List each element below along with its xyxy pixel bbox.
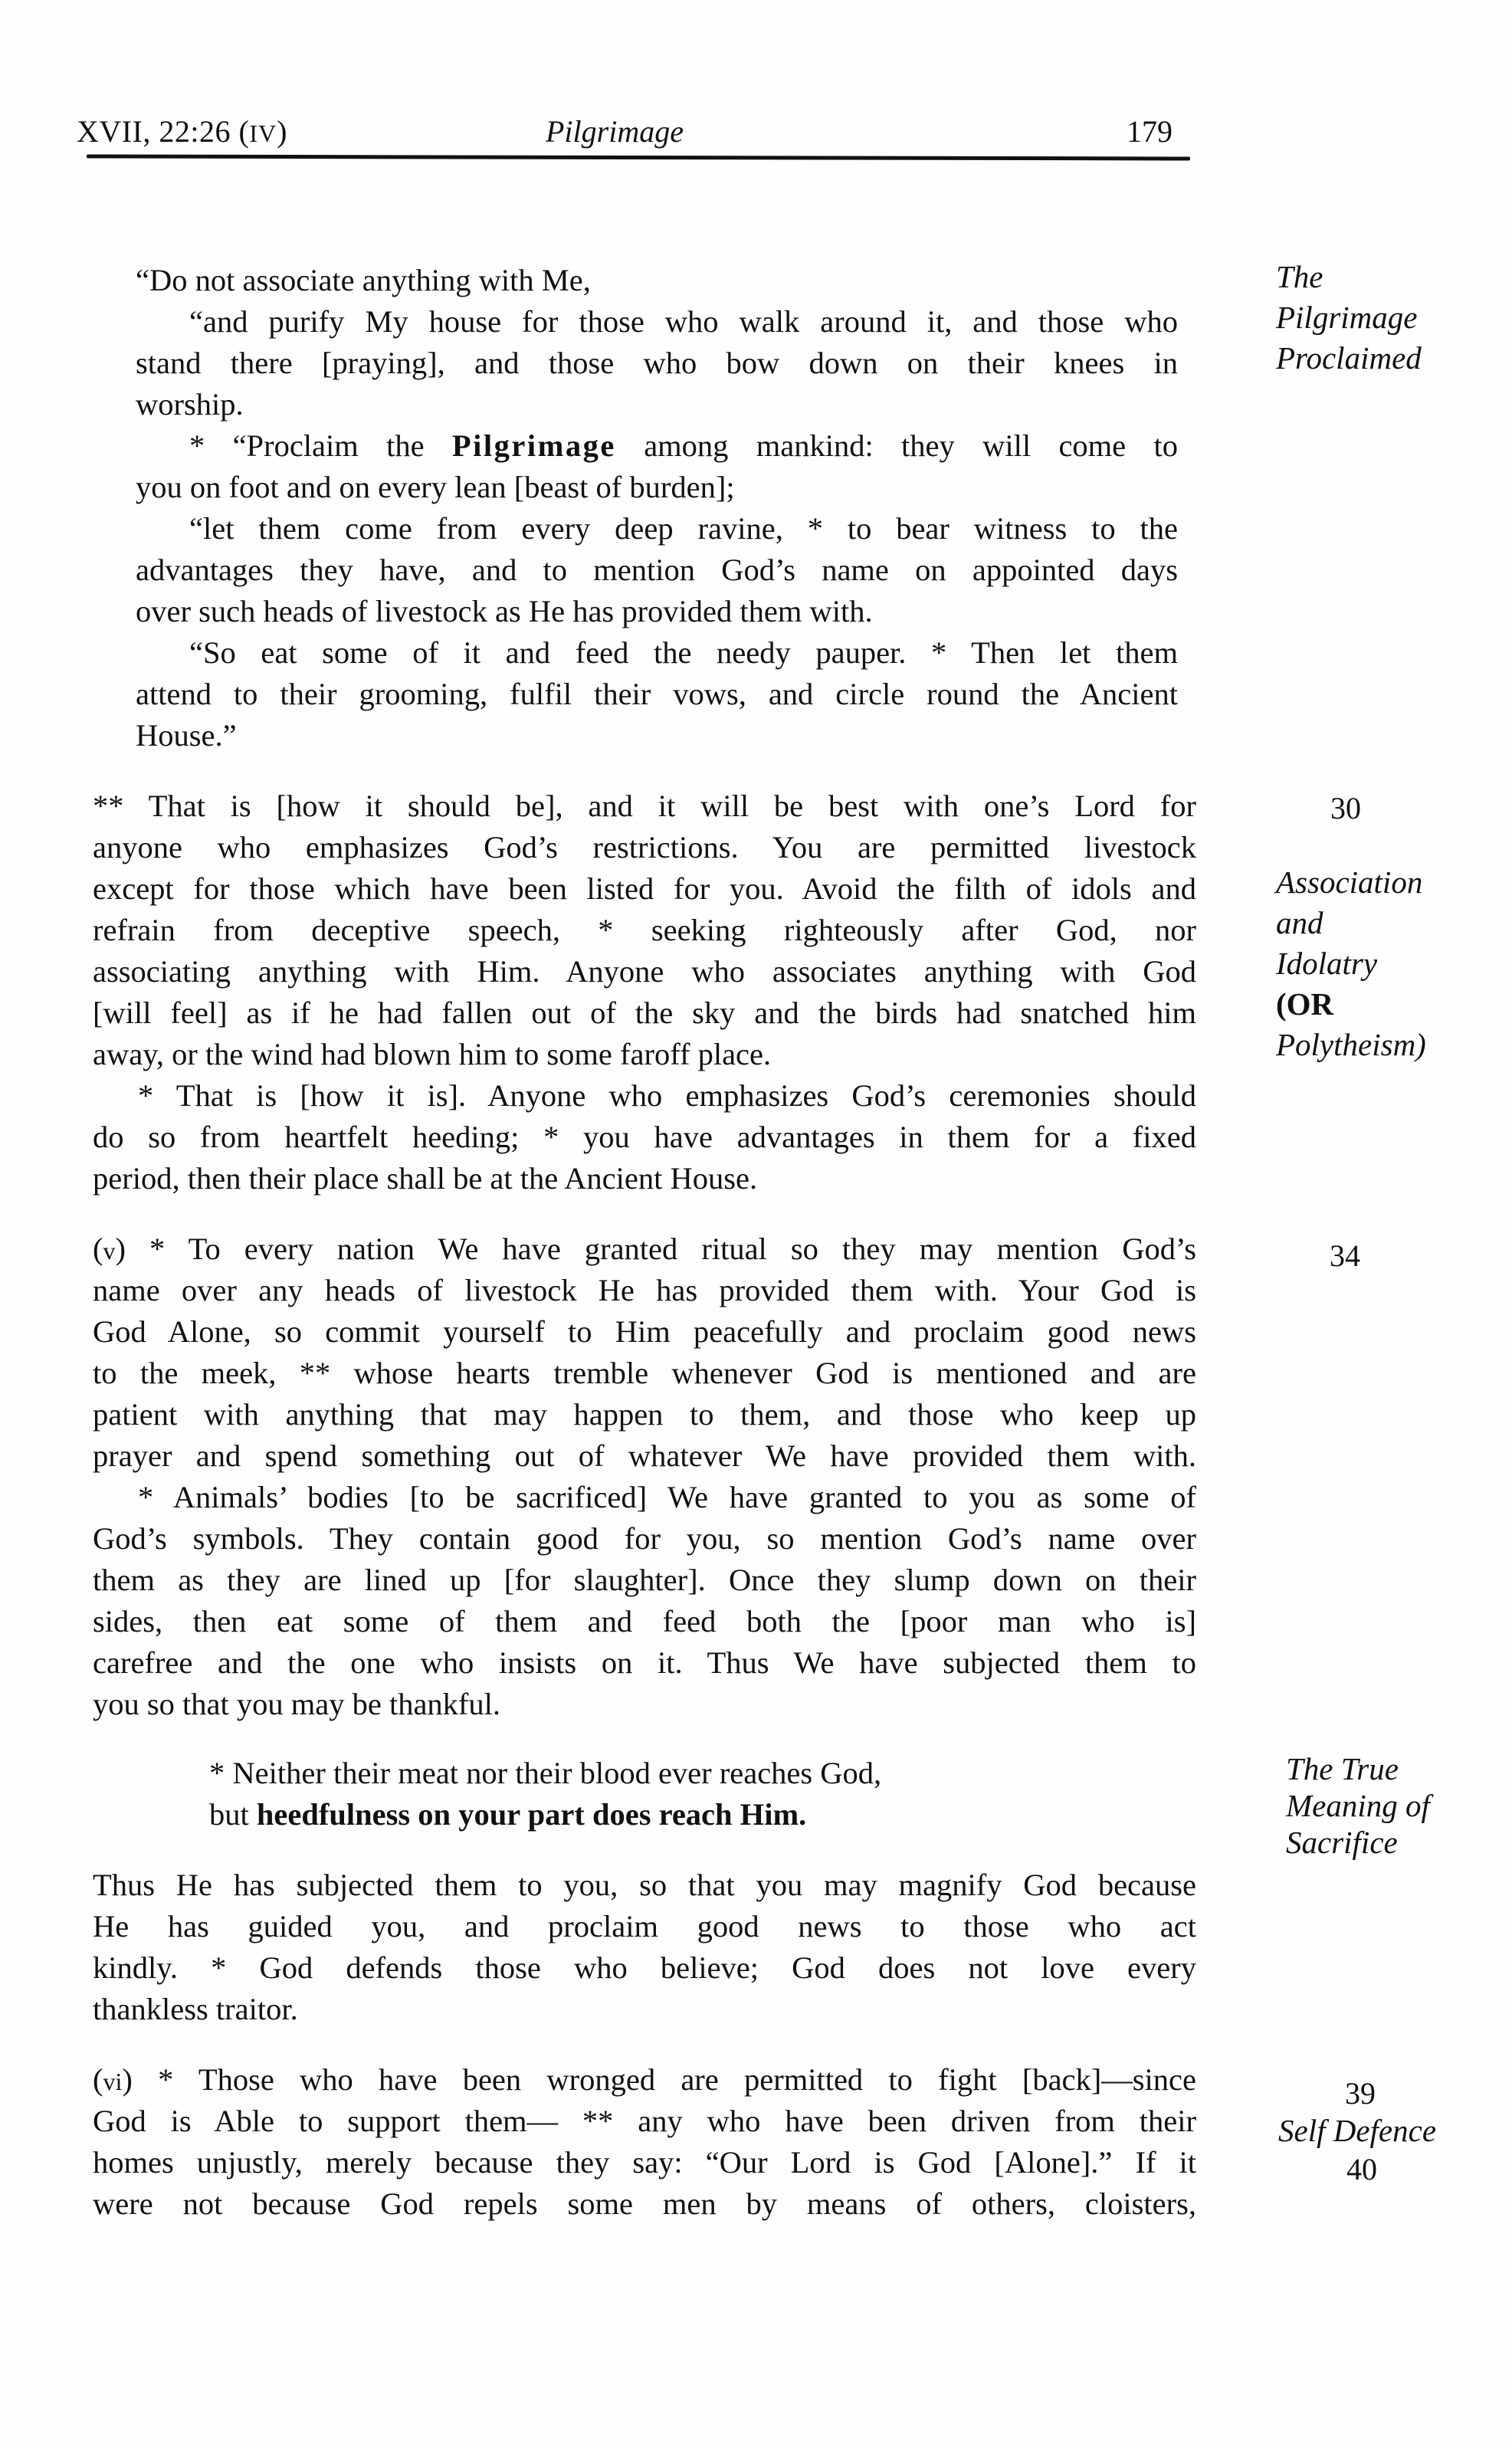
verse-number: 30: [1330, 788, 1361, 828]
running-head-reference: XVII, 22:26 (IV): [77, 113, 287, 152]
text-span: * “Proclaim the: [189, 428, 452, 463]
text-line: He has guided you, and proclaim good new…: [93, 1908, 1196, 1945]
text-line: * Animals’ bodies [to be sacrificed] We …: [138, 1479, 1196, 1516]
text-line: name over any heads of livestock He has …: [93, 1272, 1196, 1309]
text-line: sides, then eat some of them and feed bo…: [93, 1603, 1196, 1640]
text-span: but: [209, 1797, 257, 1832]
text-line: attend to their grooming, fulfil their v…: [136, 676, 1178, 713]
margin-heading-line: The: [1276, 257, 1323, 297]
margin-heading-line: and: [1276, 903, 1323, 943]
text-line: Thus He has subjected them to you, so th…: [93, 1867, 1196, 1904]
margin-heading-line: Self Defence: [1278, 2111, 1436, 2151]
text-line: anyone who emphasizes God’s restrictions…: [93, 829, 1196, 866]
text-line: (v) * To every nation We have granted ri…: [93, 1231, 1196, 1269]
verse-number: 34: [1330, 1235, 1360, 1276]
text-line: worship.: [136, 386, 1178, 423]
text-line: prayer and spend something out of whatev…: [93, 1438, 1196, 1474]
margin-heading-line: Idolatry: [1276, 943, 1377, 984]
text-line: God Alone, so commit yourself to Him pea…: [93, 1314, 1196, 1350]
text-line: “Do not associate anything with Me,: [136, 262, 1178, 299]
reference-text: XVII, 22:26 (: [77, 114, 249, 149]
text-line: over such heads of livestock as He has p…: [136, 593, 1178, 630]
text-span: among mankind: they will come to: [616, 428, 1178, 463]
verse-number: 39: [1345, 2073, 1376, 2114]
text-line: them as they are lined up [for slaughter…: [93, 1562, 1196, 1599]
text-line: except for those which have been listed …: [93, 871, 1196, 907]
text-line: “So eat some of it and feed the needy pa…: [189, 635, 1178, 671]
text-line: kindly. * God defends those who believe;…: [93, 1950, 1196, 1986]
text-line: God is Able to support them— ** any who …: [93, 2103, 1196, 2140]
text-line: thankless traitor.: [93, 1991, 1196, 2028]
text-line: * “Proclaim the Pilgrimage among mankind…: [189, 428, 1178, 464]
section-marker: v: [103, 1237, 116, 1265]
margin-heading-line: Association: [1276, 862, 1422, 903]
text-line: away, or the wind had blown him to some …: [93, 1036, 1196, 1073]
text-span: ) * To every nation We have granted ritu…: [116, 1232, 1197, 1266]
text-line: stand there [praying], and those who bow…: [136, 345, 1178, 382]
text-span: ) * Those who have been wronged are perm…: [122, 2062, 1196, 2097]
text-line: “let them come from every deep ravine, *…: [189, 510, 1178, 547]
verse-number: 40: [1346, 2149, 1377, 2190]
text-line: to the meek, ** whose hearts tremble whe…: [93, 1355, 1196, 1392]
text-line: associating anything with Him. Anyone wh…: [93, 953, 1196, 990]
text-line: you on foot and on every lean [beast of …: [136, 469, 1178, 506]
header-rule: [87, 154, 1190, 160]
text-line: carefree and the one who insists on it. …: [93, 1645, 1196, 1681]
text-line: period, then their place shall be at the…: [93, 1160, 1196, 1197]
quote-emphasis: heedfulness on your part does reach Him.: [257, 1797, 806, 1832]
text-line: were not because God repels some men by …: [93, 2186, 1196, 2222]
text-line: you so that you may be thankful.: [93, 1686, 1196, 1723]
text-line: (vi) * Those who have been wronged are p…: [93, 2062, 1196, 2100]
running-head-title: Pilgrimage: [546, 113, 684, 150]
text-line: patient with anything that may happen to…: [93, 1396, 1196, 1433]
text-line: refrain from deceptive speech, * seeking…: [93, 912, 1196, 949]
text-line: * That is [how it is]. Anyone who emphas…: [138, 1078, 1196, 1114]
emphasis-pilgrimage: Pilgrimage: [452, 428, 616, 463]
margin-heading-line: Meaning of: [1286, 1786, 1430, 1826]
margin-heading-line: Polytheism): [1276, 1025, 1426, 1065]
margin-heading-line: The True: [1286, 1749, 1399, 1789]
text-line: ** That is [how it should be], and it wi…: [93, 788, 1196, 825]
section-marker: vi: [103, 2068, 123, 2095]
page-number: 179: [1127, 113, 1173, 150]
text-line: “and purify My house for those who walk …: [189, 303, 1178, 340]
text-line: advantages they have, and to mention God…: [136, 552, 1178, 589]
margin-heading-line: Pilgrimage: [1276, 297, 1417, 338]
margin-heading-line: Proclaimed: [1276, 338, 1422, 379]
margin-heading-line: (OR: [1276, 984, 1333, 1025]
text-line: God’s symbols. They contain good for you…: [93, 1520, 1196, 1557]
margin-heading-or: (OR: [1276, 986, 1333, 1022]
text-line: [will feel] as if he had fallen out of t…: [93, 995, 1196, 1032]
reference-section-numeral: IV: [249, 120, 277, 147]
text-line: homes unjustly, merely because they say:…: [93, 2144, 1196, 2181]
margin-heading-line: Sacrifice: [1286, 1822, 1398, 1863]
text-line: House.”: [136, 717, 1178, 754]
book-page: XVII, 22:26 (IV) Pilgrimage 179 “Do not …: [0, 0, 1512, 2447]
quote-line: * Neither their meat nor their blood eve…: [209, 1755, 1075, 1792]
text-line: do so from heartfelt heeding; * you have…: [93, 1119, 1196, 1156]
quote-line: but heedfulness on your part does reach …: [209, 1796, 1075, 1833]
reference-close-paren: ): [277, 114, 287, 149]
